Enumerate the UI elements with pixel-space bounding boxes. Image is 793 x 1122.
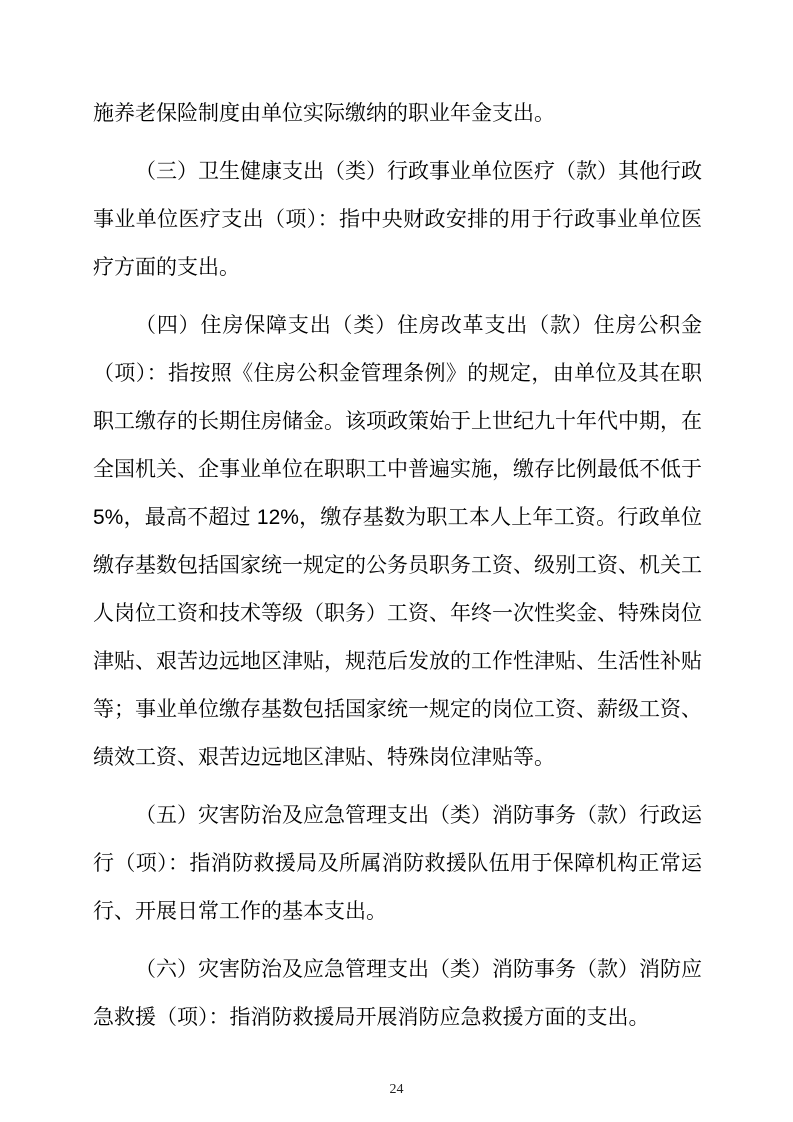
document-page: 施养老保险制度由单位实际缴纳的职业年金支出。 （三）卫生健康支出（类）行政事业单… (0, 0, 793, 1122)
document-body: 施养老保险制度由单位实际缴纳的职业年金支出。 （三）卫生健康支出（类）行政事业单… (93, 90, 702, 1052)
page-number: 24 (390, 1082, 404, 1097)
paragraph-continuation: 施养老保险制度由单位实际缴纳的职业年金支出。 (93, 90, 702, 138)
paragraph-item-4: （四）住房保障支出（类）住房改革支出（款）住房公积金（项）：指按照《住房公积金管… (93, 302, 702, 782)
paragraph-item-5: （五）灾害防治及应急管理支出（类）消防事务（款）行政运行（项）：指消防救援局及所… (93, 792, 702, 936)
paragraph-item-3: （三）卫生健康支出（类）行政事业单位医疗（款）其他行政事业单位医疗支出（项）：指… (93, 148, 702, 292)
paragraph-item-6: （六）灾害防治及应急管理支出（类）消防事务（款）消防应急救援（项）：指消防救援局… (93, 946, 702, 1042)
page-footer: 24 (0, 1080, 793, 1098)
